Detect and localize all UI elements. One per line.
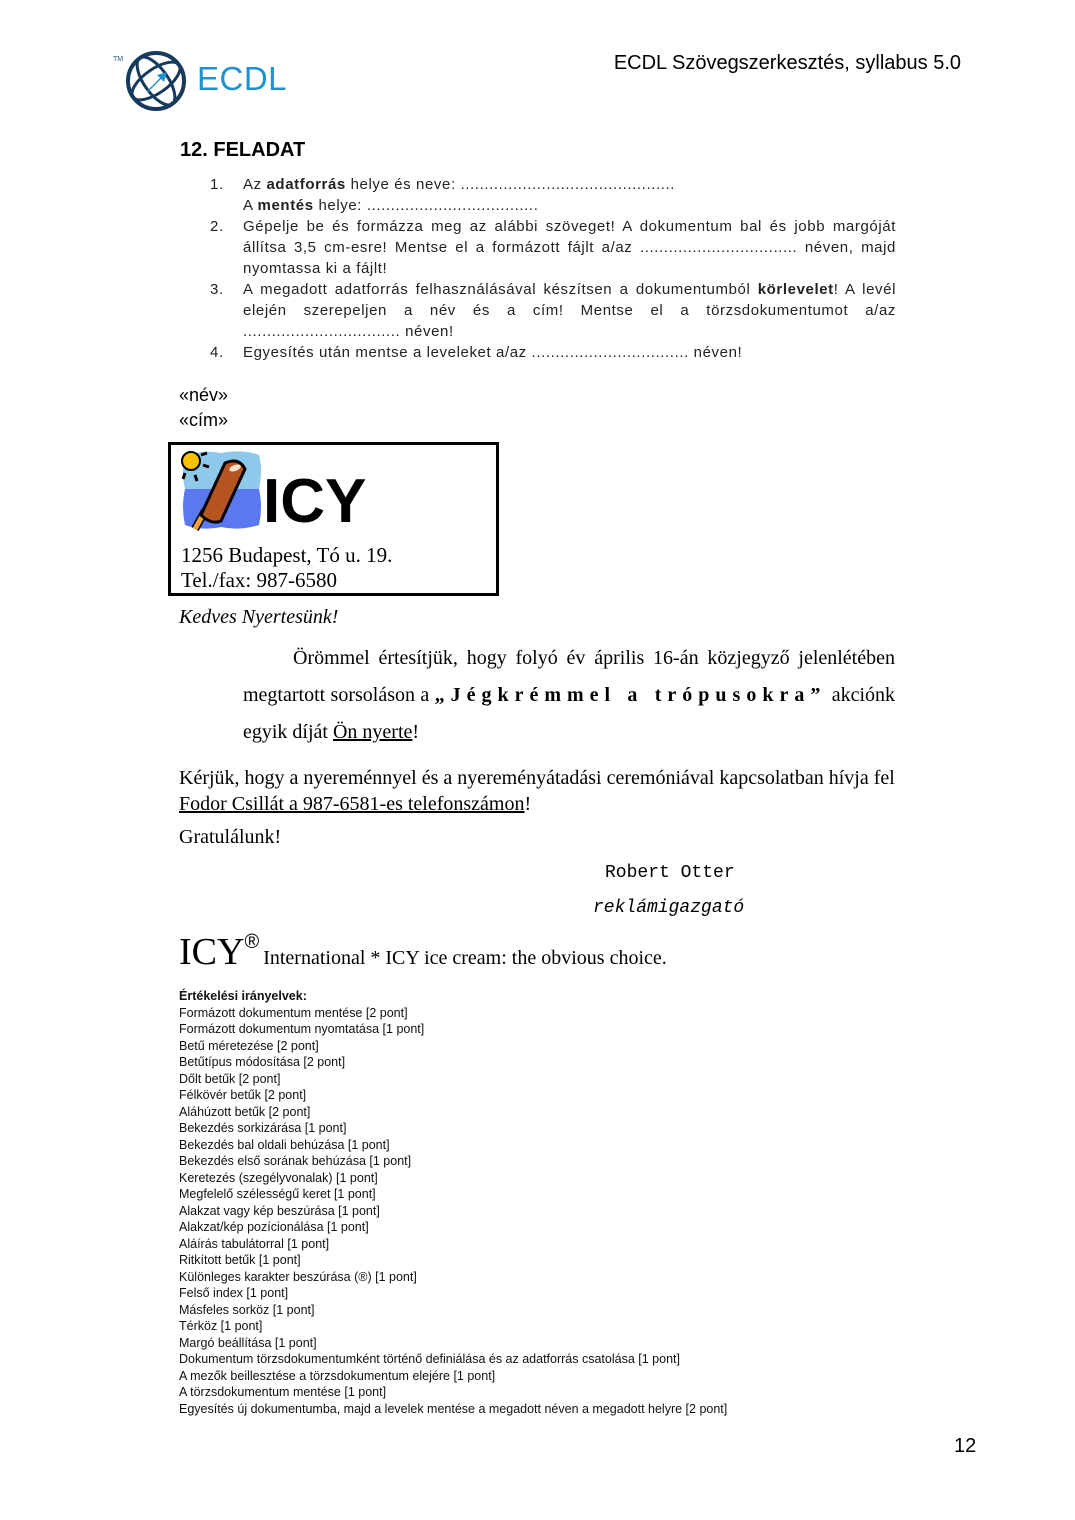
- task-title: 12. FELADAT: [180, 139, 305, 162]
- merge-field-address: «cím»: [179, 408, 228, 433]
- merge-fields: «név» «cím»: [179, 383, 228, 433]
- letter-paragraph-1: Örömmel értesítjük, hogy folyó év áprili…: [243, 640, 895, 751]
- task-item: 3. A megadott adatforrás felhasználásáva…: [210, 279, 896, 342]
- criteria-item: Bekezdés első sorának behúzása [1 pont]: [179, 1153, 727, 1170]
- trademark-mark: TM: [113, 56, 123, 63]
- task-number: 4.: [210, 342, 243, 363]
- criteria-item: Egyesítés új dokumentumba, majd a levele…: [179, 1401, 727, 1418]
- footer-brand: ICY: [179, 931, 244, 973]
- criteria-item: Margó beállítása [1 pont]: [179, 1335, 727, 1352]
- criteria-item: Alakzat vagy kép beszúrása [1 pont]: [179, 1203, 727, 1220]
- criteria-item: Dőlt betűk [2 pont]: [179, 1071, 727, 1088]
- criteria-item: Bekezdés bal oldali behúzása [1 pont]: [179, 1137, 727, 1154]
- bold-term: körlevelet: [758, 281, 834, 298]
- task-text: Az adatforrás helye és neve: ...........…: [243, 174, 896, 216]
- criteria-item: Keretezés (szegélyvonalak) [1 pont]: [179, 1170, 727, 1187]
- criteria-item: Aláírás tabulátorral [1 pont]: [179, 1236, 727, 1253]
- footer-slogan: International * ICY ice cream: the obvio…: [263, 947, 667, 969]
- letterhead-box: ICY 1256 Budapest, Tó u. 19. Tel./fax: 9…: [168, 442, 499, 596]
- address-line: 1256 Budapest, Tó u. 19.: [181, 543, 392, 568]
- criteria-list: Formázott dokumentum mentése [2 pont]For…: [179, 1005, 727, 1418]
- criteria-item: Betű méretezése [2 pont]: [179, 1038, 727, 1055]
- task-text: Egyesítés után mentse a leveleket a/az .…: [243, 342, 896, 363]
- spaced-campaign-name: „Jégkrémmel a trópusokra”: [435, 684, 827, 706]
- task-list: 1. Az adatforrás helye és neve: ........…: [210, 174, 896, 363]
- criteria-item: Térköz [1 pont]: [179, 1318, 727, 1335]
- underlined-text: Fodor Csillát a 987-6581-es telefonszámo…: [179, 793, 525, 815]
- ecdl-wordmark: ECDL: [197, 60, 287, 98]
- task-number: 3.: [210, 279, 243, 342]
- evaluation-criteria: Értékelési irányelvek: Formázott dokumen…: [179, 988, 727, 1417]
- criteria-item: Felső index [1 pont]: [179, 1285, 727, 1302]
- criteria-item: Különleges karakter beszúrása (®) [1 pon…: [179, 1269, 727, 1286]
- text-fragment: Kérjük, hogy a nyereménnyel és a nyeremé…: [179, 767, 895, 789]
- merge-field-name: «név»: [179, 383, 228, 408]
- task-text: A megadott adatforrás felhasználásával k…: [243, 279, 896, 342]
- letterhead-address: 1256 Budapest, Tó u. 19. Tel./fax: 987-6…: [181, 543, 392, 593]
- ecdl-logo: TM ECDL: [113, 50, 293, 112]
- ice-cream-popsicle-icon: [181, 449, 263, 531]
- criteria-item: Alakzat/kép pozícionálása [1 pont]: [179, 1219, 727, 1236]
- task-number: 2.: [210, 216, 243, 279]
- criteria-item: Félkövér betűk [2 pont]: [179, 1087, 727, 1104]
- criteria-item: Betűtípus módosítása [2 pont]: [179, 1054, 727, 1071]
- text-fragment: helye: .................................…: [314, 197, 539, 214]
- task-text: Gépelje be és formázza meg az alábbi szö…: [243, 216, 896, 279]
- text-fragment: A megadott adatforrás felhasználásával k…: [243, 281, 758, 298]
- task-number: 1.: [210, 174, 243, 216]
- text-fragment: Az: [243, 176, 266, 193]
- criteria-item: Aláhúzott betűk [2 pont]: [179, 1104, 727, 1121]
- task-item: 1. Az adatforrás helye és neve: ........…: [210, 174, 896, 216]
- text-fragment: !: [412, 721, 419, 743]
- letterhead-brand: ICY: [263, 471, 366, 533]
- criteria-title: Értékelési irányelvek:: [179, 988, 727, 1005]
- text-fragment: !: [525, 793, 532, 815]
- underlined-text: Ön nyerte: [333, 721, 412, 743]
- bold-term: mentés: [258, 197, 314, 214]
- letter-closing: Gratulálunk!: [179, 826, 281, 849]
- signature-name: Robert Otter: [605, 863, 735, 883]
- page-number: 12: [954, 1435, 976, 1458]
- task-item: 4. Egyesítés után mentse a leveleket a/a…: [210, 342, 896, 363]
- letter-paragraph-2: Kérjük, hogy a nyereménnyel és a nyeremé…: [179, 765, 899, 817]
- phone-line: Tel./fax: 987-6580: [181, 568, 392, 593]
- task-item: 2. Gépelje be és formázza meg az alábbi …: [210, 216, 896, 279]
- criteria-item: A törzsdokumentum mentése [1 pont]: [179, 1384, 727, 1401]
- criteria-item: Másfeles sorköz [1 pont]: [179, 1302, 727, 1319]
- criteria-item: Bekezdés sorkizárása [1 pont]: [179, 1120, 727, 1137]
- criteria-item: Formázott dokumentum mentése [2 pont]: [179, 1005, 727, 1022]
- signature-role: reklámigazgató: [593, 898, 744, 918]
- footer-tagline: ICY®International * ICY ice cream: the o…: [179, 930, 667, 974]
- letter-greeting: Kedves Nyertesünk!: [179, 606, 338, 629]
- text-fragment: A: [243, 197, 258, 214]
- criteria-item: Formázott dokumentum nyomtatása [1 pont]: [179, 1021, 727, 1038]
- bold-term: adatforrás: [266, 176, 345, 193]
- text-fragment: helye és neve: .........................…: [346, 176, 675, 193]
- registered-mark: ®: [244, 931, 259, 953]
- criteria-item: Ritkított betűk [1 pont]: [179, 1252, 727, 1269]
- criteria-item: A mezők beillesztése a törzsdokumentum e…: [179, 1368, 727, 1385]
- criteria-item: Megfelelő szélességű keret [1 pont]: [179, 1186, 727, 1203]
- criteria-item: Dokumentum törzsdokumentumként történő d…: [179, 1351, 727, 1368]
- ecdl-globe-arrow-icon: [125, 50, 187, 112]
- document-header-title: ECDL Szövegszerkesztés, syllabus 5.0: [614, 52, 961, 75]
